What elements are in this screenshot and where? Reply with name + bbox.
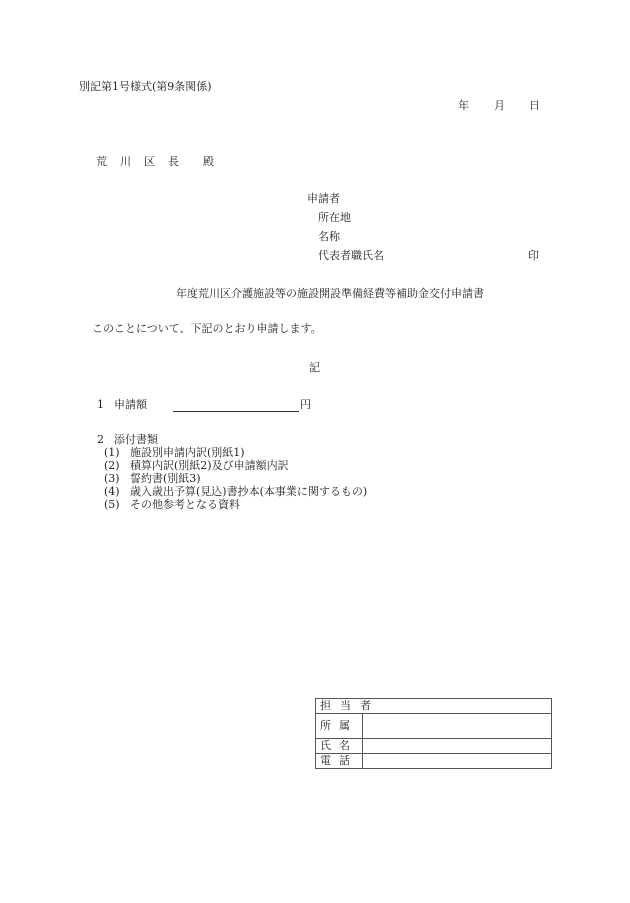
addressee-honorific: 殿	[203, 155, 214, 169]
section-number: 1	[97, 398, 104, 412]
addressee-char: 区	[144, 155, 155, 169]
date-month-label: 月	[494, 99, 505, 113]
attachment-item: (5)その他参考となる資料	[104, 498, 240, 511]
application-amount-field[interactable]: 円	[173, 398, 311, 412]
applicant-heading: 申請者	[307, 192, 340, 206]
seal-mark: 印	[528, 249, 539, 263]
applicant-representative-label: 代表者職氏名	[318, 249, 384, 263]
attachment-item: (4)歳入歳出予算(見込)書抄本(本事業に関するもの)	[104, 485, 367, 498]
attachment-item: (1)施設別申請内訳(別紙1)	[104, 446, 245, 459]
applicant-name-label: 名称	[318, 230, 340, 244]
attachment-item: (2)積算内訳(別紙2)及び申請額内訳	[104, 459, 289, 472]
staff-contact-table: 担当者 所属 氏名 電話	[315, 698, 552, 769]
staff-department-field[interactable]	[363, 714, 552, 739]
attachments-label: 添付書類	[114, 433, 158, 447]
application-amount-value[interactable]	[173, 399, 299, 412]
document-title: 年度荒川区介護施設等の施設開設準備経費等補助金交付申請書	[176, 287, 484, 301]
addressee-char: 川	[120, 155, 131, 169]
yen-unit: 円	[300, 398, 311, 411]
addressee-char: 長	[168, 155, 179, 169]
date-year-label: 年	[458, 99, 469, 113]
staff-table-header: 担当者	[316, 699, 552, 714]
application-amount-label: 申請額	[114, 398, 147, 412]
staff-name-field[interactable]	[363, 739, 552, 754]
staff-phone-field[interactable]	[363, 754, 552, 769]
addressee-char: 荒	[96, 155, 107, 169]
applicant-address-label: 所在地	[318, 211, 351, 225]
staff-row-label: 氏名	[316, 739, 363, 754]
section-number: 2	[97, 433, 104, 447]
form-reference: 別記第1号様式(第9条関係)	[79, 80, 212, 94]
staff-row-label: 電話	[316, 754, 363, 769]
body-text: このことについて、下記のとおり申請します。	[92, 322, 322, 336]
ki-heading: 記	[309, 361, 320, 375]
date-day-label: 日	[529, 99, 540, 113]
staff-row-label: 所属	[316, 714, 363, 739]
attachment-item: (3)誓約書(別紙3)	[104, 472, 201, 485]
